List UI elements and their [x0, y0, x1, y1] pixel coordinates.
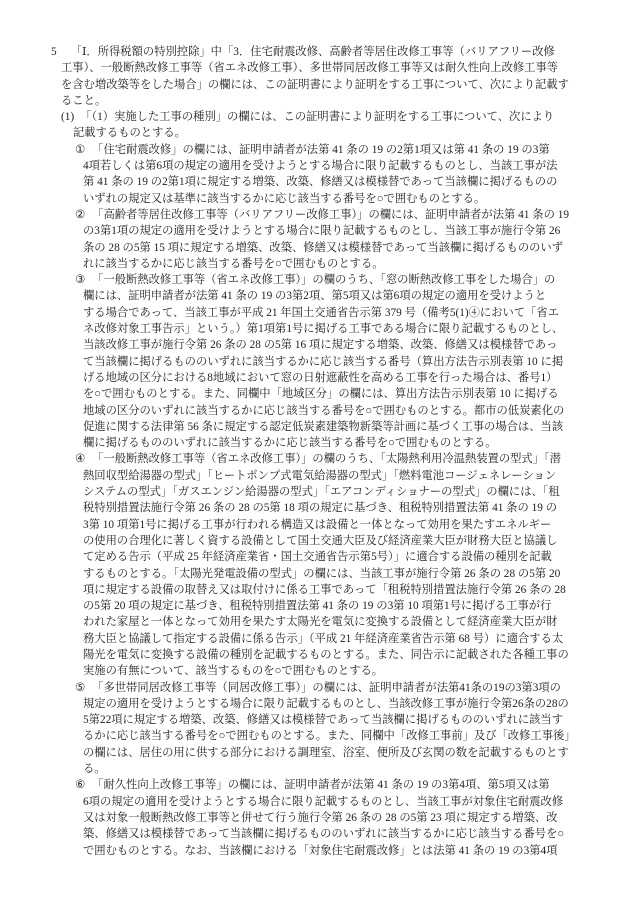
line-text: るかに応じ該当する番号を○で囲むものとする。また、同欄中「改修工事前」及び「改修…	[83, 730, 576, 742]
paragraph-5: ④「一般断熱改修工事等（省エネ改修工事）」の欄のうち、「太陽熱利用冷温熱装置の型…	[0, 451, 630, 679]
line-text: 「一般断熱改修工事等（省エネ改修工事）」の欄のうち、「窓の断熱改修工事をした場合…	[92, 274, 555, 286]
text-line: 務大臣と協議して指定する設備に係る告示」（平成 21 年経済産業省告示第 68 …	[0, 631, 630, 647]
text-line: を含む増改築等をした場合」の欄には、この証明書により証明をする工事について、次に…	[0, 77, 630, 93]
paragraph-2: ①「住宅耐震改修」の欄には、証明申請者が法第 41 条の 19 の2第1項又は第…	[0, 142, 630, 207]
text-line: 5「Ⅰ．所得税額の特別控除」中「3．住宅耐震改修、高齢者等居住改修工事等（バリア…	[0, 44, 630, 60]
line-text: 「（1）実施した工事の種別」の欄には、この証明書により証明をする工事について、次…	[80, 111, 554, 123]
text-line: ること。	[0, 93, 630, 109]
item-marker: ④	[75, 453, 85, 465]
text-line: われた家屋と一体となって効用を果たす太陽光を電気に変換する設備として経済産業大臣…	[0, 614, 630, 630]
line-text: 欄には、証明申請者が法第 41 条の 19 の3第2項、第5項又は第6項の規定の…	[83, 290, 546, 302]
text-line: 第 41 条の 19 の2第1項に規定する増築、改築、修繕又は模様替であって当該…	[0, 174, 630, 190]
text-line: いずれの規定又は基準に該当するかに応じ該当する番号を○で囲むものとする。	[0, 191, 630, 207]
text-line: システムの型式」「ガスエンジン給湯器の型式」「エアコンディショナーの型式」の欄に…	[0, 484, 630, 500]
line-text: 6項の規定の適用を受けようとする場合に限り記載するものとし、当該工事が対象住宅耐…	[83, 796, 563, 808]
line-text: 4項若しくは第6項の規定の適用を受けようとする場合に限り記載するものとし、当該工…	[83, 160, 557, 172]
line-text: 当該改修工事が施行令第 26 条の 28 の5第 16 項に規定する増築、改築、…	[83, 339, 557, 351]
text-line: 地域の区分のいずれに該当するかに応じ該当する番号を○で囲むものとする。都市の低炭…	[0, 403, 630, 419]
item-marker: 5	[51, 46, 57, 58]
item-marker: (1)	[61, 111, 74, 123]
text-line: 築、修繕又は模様替であって当該欄に掲げるもののいずれに該当するかに応じ該当する番…	[0, 826, 630, 842]
line-text: 税特別措置法施行令第 26 条の 28 の5第 18 項の規定に基づき、租税特別…	[83, 502, 557, 514]
line-text: いずれの規定又は基準に該当するかに応じ該当する番号を○で囲むものとする。	[83, 193, 485, 205]
text-line: 当該改修工事が施行令第 26 条の 28 の5第 16 項に規定する増築、改築、…	[0, 337, 630, 353]
item-marker: ⑤	[75, 682, 85, 694]
line-text: システムの型式」「ガスエンジン給湯器の型式」「エアコンディショナーの型式」の欄に…	[83, 486, 560, 498]
text-line: 条の 28 の5第 15 項に規定する増築、改築、修繕又は模様替であって当該欄に…	[0, 240, 630, 256]
text-line: 促進に関する法律第 56 条に規定する認定低炭素建築物新築等計画に基づく工事の場…	[0, 419, 630, 435]
text-line: 5第22項に規定する増築、改築、修繕又は模様替であって当該欄に掲げるもののいずれ…	[0, 712, 630, 728]
line-text: 「高齢者等居住改修工事等（バリアフリー改修工事）」の欄には、証明申請者が法第 4…	[92, 209, 569, 221]
text-line: の欄には、居住の用に供する部分における調理室、浴室、便所及び玄関の数を記載するも…	[0, 745, 630, 761]
text-line: 実施の有無について、該当するものを○で囲むものとする。	[0, 663, 630, 679]
line-text: の欄には、居住の用に供する部分における調理室、浴室、便所及び玄関の数を記載するも…	[83, 747, 569, 759]
line-text: 地域の区分のいずれに該当するかに応じ該当する番号を○で囲むものとする。都市の低炭…	[83, 405, 564, 417]
text-line: ④「一般断熱改修工事等（省エネ改修工事）」の欄のうち、「太陽熱利用冷温熱装置の型…	[0, 451, 630, 467]
document-page: 5「Ⅰ．所得税額の特別控除」中「3．住宅耐震改修、高齢者等居住改修工事等（バリア…	[0, 0, 630, 903]
text-line: ネ改修対象工事告示」という。）第1項第1号に掲げる工事である場合に限り記載するも…	[0, 321, 630, 337]
line-text: 又は対象一般断熱改修工事等と併せて行う施行令第 26 条の 28 の5第 23 …	[83, 812, 557, 824]
text-line: るかに応じ該当する番号を○で囲むものとする。また、同欄中「改修工事前」及び「改修…	[0, 728, 630, 744]
text-line: 4項若しくは第6項の規定の適用を受けようとする場合に限り記載するものとし、当該工…	[0, 158, 630, 174]
paragraph-4: ③「一般断熱改修工事等（省エネ改修工事）」の欄のうち、「窓の断熱改修工事をした場…	[0, 272, 630, 451]
line-text: で囲むものとする。なお、当該欄における「対象住宅耐震改修」とは法第 41 条の …	[83, 845, 557, 857]
line-text: 3第 10 項第1号に掲げる工事が行われる構造又は設備と一体となって効用を果たす…	[83, 519, 551, 531]
line-text: 欄に掲げるもののいずれに該当するかに応じ該当する番号を○で囲むものとする。	[83, 437, 497, 449]
text-line: 記載するものとする。	[0, 125, 630, 141]
line-text: の3第1項の規定の適用を受けようとする場合に限り記載するものとし、当該工事が施行…	[83, 225, 560, 237]
text-line: の3第1項の規定の適用を受けようとする場合に限り記載するものとし、当該工事が施行…	[0, 223, 630, 239]
text-line: 3第 10 項第1号に掲げる工事が行われる構造又は設備と一体となって効用を果たす…	[0, 517, 630, 533]
line-text: る。	[83, 763, 106, 775]
text-line: を○で囲むものとする。また、同欄中「地域区分」の欄には、算出方法告示別表第 10…	[0, 386, 630, 402]
text-line: の5第 20 項の規定に基づき、租税特別措置法第 41 条の 19 の3第 10…	[0, 598, 630, 614]
line-text: する場合であって、当該工事が平成 21 年国土交通省告示第 379 号（備考5(…	[83, 307, 559, 319]
line-text: 項に規定する設備の取替え又は取付けに係る工事であって「租税特別措置法施行令第 2…	[83, 584, 566, 596]
paragraph-6: ⑤「多世帯同居改修工事等（同居改修工事）」の欄には、証明申請者が法第41条の19…	[0, 680, 630, 778]
text-line: する場合であって、当該工事が平成 21 年国土交通省告示第 379 号（備考5(…	[0, 305, 630, 321]
line-text: 熱回収型給湯器の型式」「ヒートポンプ式電気給湯器の型式」「燃料電池コージェネレー…	[83, 470, 556, 482]
text-line: の使用の合理化に著しく資する設備として国土交通大臣及び経済産業大臣が財務大臣と協…	[0, 533, 630, 549]
line-text: 「Ⅰ．所得税額の特別控除」中「3．住宅耐震改修、高齢者等居住改修工事等（バリアフ…	[71, 46, 555, 58]
line-text: われた家屋と一体となって効用を果たす太陽光を電気に変換する設備として経済産業大臣…	[83, 616, 557, 628]
line-text: げる地域の区分における8地域において窓の日射遮蔽性を高める工事を行った場合は、番…	[83, 372, 557, 384]
line-text: ネ改修対象工事告示」という。）第1項第1号に掲げる工事である場合に限り記載するも…	[83, 323, 563, 335]
item-marker: ⑥	[75, 779, 85, 791]
line-text: 築、修繕又は模様替であって当該欄に掲げるもののいずれに該当するかに応じ該当する番…	[83, 828, 564, 840]
text-line: て当該欄に掲げるもののいずれに該当するかに応じ該当する番号（算出方法告示別表第 …	[0, 354, 630, 370]
text-line: で囲むものとする。なお、当該欄における「対象住宅耐震改修」とは法第 41 条の …	[0, 843, 630, 859]
text-line: る。	[0, 761, 630, 777]
line-text: 「多世帯同居改修工事等（同居改修工事）」の欄には、証明申請者が法第41条の19の…	[92, 682, 561, 694]
item-marker: ①	[75, 144, 85, 156]
line-text: 陽光を電気に変換する設備の種別を記載するものとする。また、同告示に記載された各種…	[83, 649, 569, 661]
line-text: 務大臣と協議して指定する設備に係る告示」（平成 21 年経済産業省告示第 68 …	[83, 633, 563, 645]
line-text: 条の 28 の5第 15 項に規定する増築、改築、修繕又は模様替であって当該欄に…	[83, 242, 563, 254]
line-text: 工事）、一般断熱改修工事等（省エネ改修工事）、多世帯同居改修工事等又は耐久性向上…	[61, 62, 558, 74]
item-marker: ②	[75, 209, 85, 221]
item-marker: ③	[75, 274, 85, 286]
text-line: ②「高齢者等居住改修工事等（バリアフリー改修工事）」の欄には、証明申請者が法第 …	[0, 207, 630, 223]
paragraph-0: 5「Ⅰ．所得税額の特別控除」中「3．住宅耐震改修、高齢者等居住改修工事等（バリア…	[0, 44, 630, 109]
paragraph-3: ②「高齢者等居住改修工事等（バリアフリー改修工事）」の欄には、証明申請者が法第 …	[0, 207, 630, 272]
line-text: て当該欄に掲げるもののいずれに該当するかに応じ該当する番号（算出方法告示別表第 …	[83, 356, 563, 368]
text-line: 規定の適用を受けようとする場合に限り記載するものとし、当該改修工事が施行令第26…	[0, 696, 630, 712]
line-text: 促進に関する法律第 56 条に規定する認定低炭素建築物新築等計画に基づく工事の場…	[83, 421, 563, 433]
line-text: を含む増改築等をした場合」の欄には、この証明書により証明をする工事について、次に…	[61, 79, 569, 91]
text-line: (1)「（1）実施した工事の種別」の欄には、この証明書により証明をする工事につい…	[0, 109, 630, 125]
text-line: 熱回収型給湯器の型式」「ヒートポンプ式電気給湯器の型式」「燃料電池コージェネレー…	[0, 468, 630, 484]
line-text: 記載するものとする。	[73, 127, 186, 139]
text-line: 項に規定する設備の取替え又は取付けに係る工事であって「租税特別措置法施行令第 2…	[0, 582, 630, 598]
text-line: ⑥「耐久性向上改修工事等」の欄には、証明申請者が法第 41 条の 19 の3第4…	[0, 777, 630, 793]
text-line: 欄に掲げるもののいずれに該当するかに応じ該当する番号を○で囲むものとする。	[0, 435, 630, 451]
text-line: れに該当するかに応じ該当する番号を○で囲むものとする。	[0, 256, 630, 272]
line-text: するものとする。「太陽光発電設備の型式」の欄には、当該工事が施行令第 26 条の…	[83, 568, 560, 580]
text-line: げる地域の区分における8地域において窓の日射遮蔽性を高める工事を行った場合は、番…	[0, 370, 630, 386]
text-line: 又は対象一般断熱改修工事等と併せて行う施行令第 26 条の 28 の5第 23 …	[0, 810, 630, 826]
text-line: ⑤「多世帯同居改修工事等（同居改修工事）」の欄には、証明申請者が法第41条の19…	[0, 680, 630, 696]
line-text: 規定の適用を受けようとする場合に限り記載するものとし、当該改修工事が施行令第26…	[83, 698, 569, 710]
line-text: れに該当するかに応じ該当する番号を○で囲むものとする。	[83, 258, 384, 270]
text-line: 6項の規定の適用を受けようとする場合に限り記載するものとし、当該工事が対象住宅耐…	[0, 794, 630, 810]
text-line: ③「一般断熱改修工事等（省エネ改修工事）」の欄のうち、「窓の断熱改修工事をした場…	[0, 272, 630, 288]
text-line: 陽光を電気に変換する設備の種別を記載するものとする。また、同告示に記載された各種…	[0, 647, 630, 663]
line-text: て定める告示（平成 25 年経済産業省・国土交通省告示第5号）」に適合する設備の…	[83, 551, 552, 563]
paragraph-1: (1)「（1）実施した工事の種別」の欄には、この証明書により証明をする工事につい…	[0, 109, 630, 142]
text-line: 税特別措置法施行令第 26 条の 28 の5第 18 項の規定に基づき、租税特別…	[0, 500, 630, 516]
text-line: て定める告示（平成 25 年経済産業省・国土交通省告示第5号）」に適合する設備の…	[0, 549, 630, 565]
line-text: 5第22項に規定する増築、改築、修繕又は模様替であって当該欄に掲げるもののいずれ…	[83, 714, 563, 726]
line-text: 第 41 条の 19 の2第1項に規定する増築、改築、修繕又は模様替であって当該…	[83, 176, 557, 188]
text-line: 工事）、一般断熱改修工事等（省エネ改修工事）、多世帯同居改修工事等又は耐久性向上…	[0, 60, 630, 76]
paragraph-7: ⑥「耐久性向上改修工事等」の欄には、証明申請者が法第 41 条の 19 の3第4…	[0, 777, 630, 858]
text-line: ①「住宅耐震改修」の欄には、証明申請者が法第 41 条の 19 の2第1項又は第…	[0, 142, 630, 158]
line-text: 実施の有無について、該当するものを○で囲むものとする。	[83, 665, 383, 677]
document-body: 5「Ⅰ．所得税額の特別控除」中「3．住宅耐震改修、高齢者等居住改修工事等（バリア…	[0, 44, 630, 859]
text-line: 欄には、証明申請者が法第 41 条の 19 の3第2項、第5項又は第6項の規定の…	[0, 288, 630, 304]
line-text: ること。	[61, 95, 106, 107]
line-text: 「耐久性向上改修工事等」の欄には、証明申請者が法第 41 条の 19 の3第4項…	[92, 779, 550, 791]
line-text: の5第 20 項の規定に基づき、租税特別措置法第 41 条の 19 の3第 10…	[83, 600, 551, 612]
line-text: を○で囲むものとする。また、同欄中「地域区分」の欄には、算出方法告示別表第 10…	[83, 388, 559, 400]
line-text: の使用の合理化に著しく資する設備として国土交通大臣及び経済産業大臣が財務大臣と協…	[83, 535, 557, 547]
line-text: 「住宅耐震改修」の欄には、証明申請者が法第 41 条の 19 の2第1項又は第 …	[92, 144, 550, 156]
text-line: するものとする。「太陽光発電設備の型式」の欄には、当該工事が施行令第 26 条の…	[0, 566, 630, 582]
line-text: 「一般断熱改修工事等（省エネ改修工事）」の欄のうち、「太陽熱利用冷温熱装置の型式…	[92, 453, 561, 465]
